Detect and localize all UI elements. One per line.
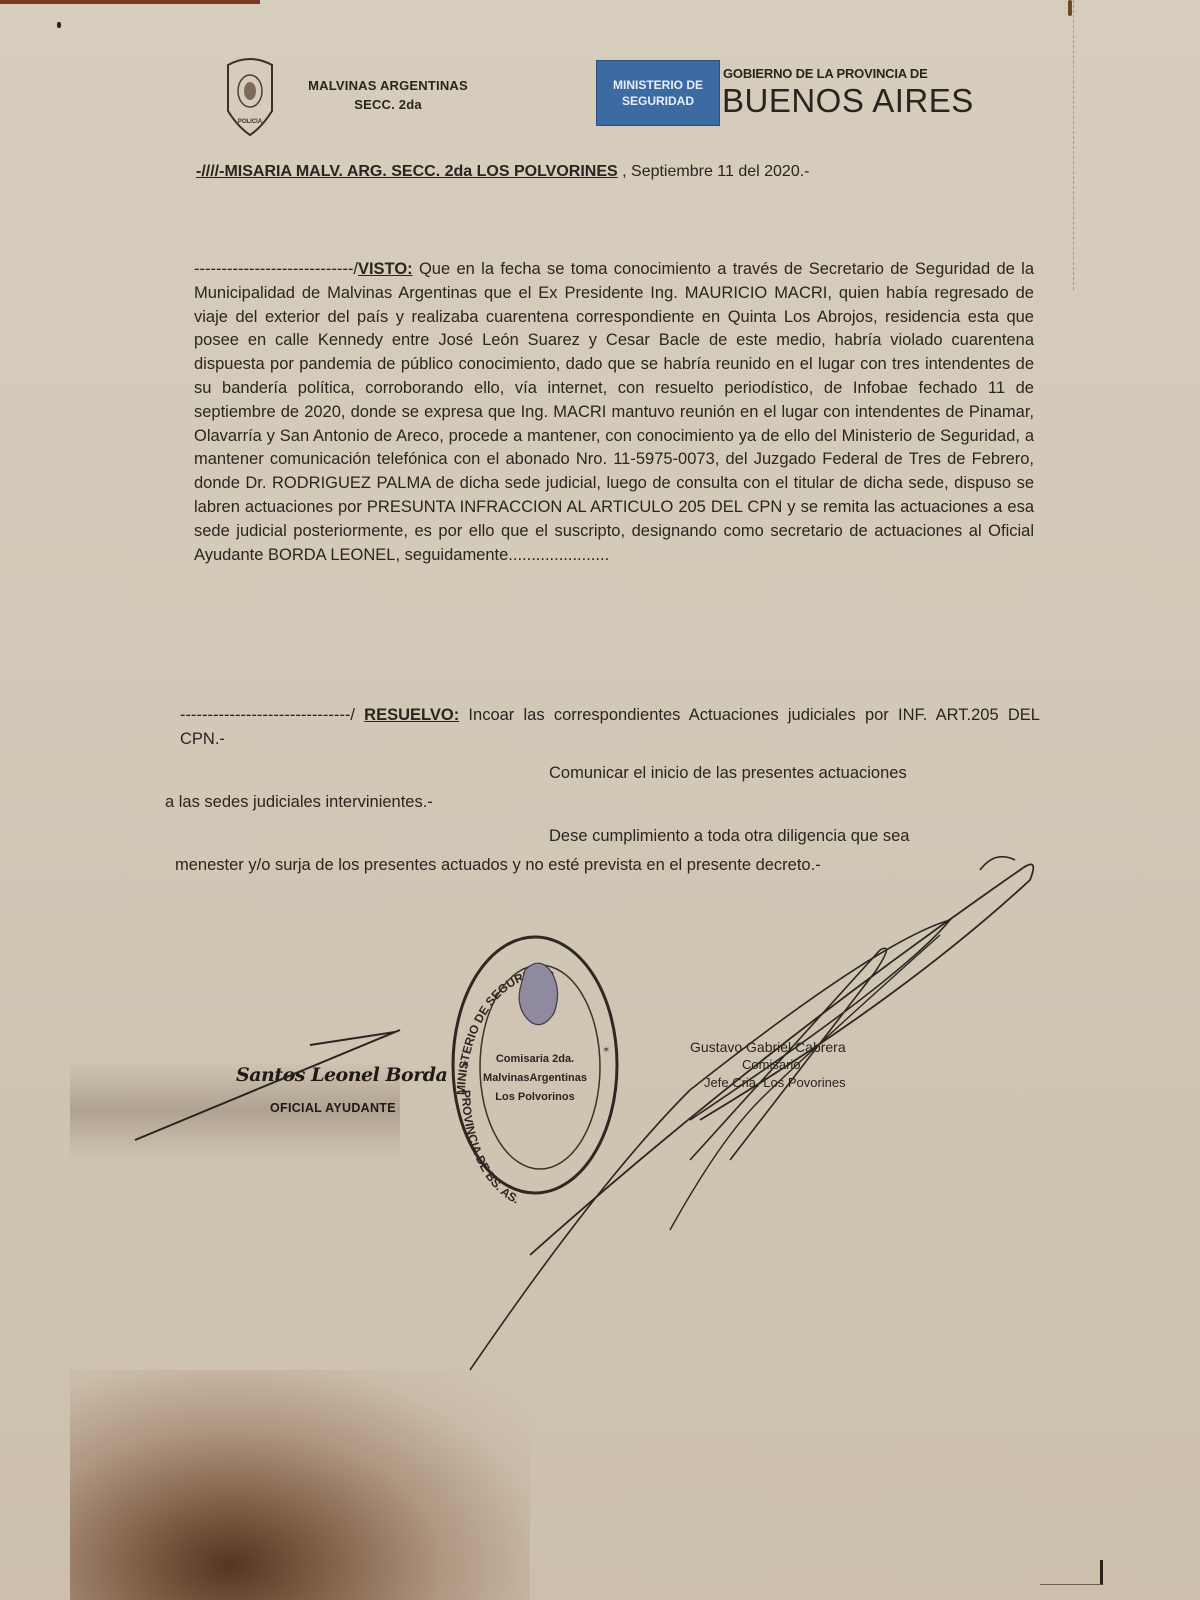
photo-shadow-stain <box>70 1370 530 1600</box>
visto-paragraph: -----------------------------/VISTO: Que… <box>194 258 1034 567</box>
resolution-item3-end: menester y/o surja de los presentes actu… <box>175 856 821 875</box>
ministry-line1: MINISTERIO DE <box>613 77 703 93</box>
resolution-item2-start: Comunicar el inicio de las presentes act… <box>549 764 907 783</box>
signer-rank: Comisario <box>690 1056 890 1074</box>
municipality-name: MALVINAS ARGENTINAS SECC. 2da <box>298 76 478 114</box>
document-page: POLICIA MALVINAS ARGENTINAS SECC. 2da MI… <box>0 0 1200 1600</box>
resuelvo-paragraph: -------------------------------/ RESUELV… <box>180 704 1040 752</box>
stamp-line1: Comisaria 2da. <box>470 1050 600 1069</box>
svg-text:✶: ✶ <box>602 1045 610 1056</box>
place-date-line: -////-MISARIA MALV. ARG. SECC. 2da LOS P… <box>196 163 810 181</box>
ministry-line2: SEGURIDAD <box>622 93 694 109</box>
stamp-line3: Los Polvorinos <box>470 1088 600 1107</box>
municipality-line1: MALVINAS ARGENTINAS <box>298 76 478 95</box>
shield-emblem-icon <box>519 963 557 1024</box>
stamp-line2: MalvinasArgentinas <box>470 1069 600 1088</box>
visto-dashes: -----------------------------/ <box>194 260 358 278</box>
resolution-item2-end: a las sedes judiciales intervinientes.- <box>165 793 433 812</box>
resuelvo-dashes: -------------------------------/ <box>180 706 364 724</box>
visto-label: VISTO: <box>358 260 413 278</box>
margin-tick <box>1068 0 1072 16</box>
svg-text:✶: ✶ <box>460 1057 470 1071</box>
resuelvo-label: RESUELVO: <box>364 706 459 724</box>
table-edge <box>0 0 260 4</box>
signer-role: Jefe Cria. Los Povorines <box>690 1074 890 1092</box>
corner-mark <box>1040 1560 1103 1585</box>
handwritten-signature-borda: Santos Leonel Borda <box>236 1064 447 1086</box>
signature-block-cabrera: Gustavo Gabriel Cabrera Comisario Jefe C… <box>690 1038 890 1092</box>
stamp-center-text: Comisaria 2da. MalvinasArgentinas Los Po… <box>470 1050 600 1107</box>
paper-speck <box>57 22 61 28</box>
visto-text: Que en la fecha se toma conocimiento a t… <box>194 260 1034 564</box>
signer-name: Gustavo Gabriel Cabrera <box>690 1038 890 1056</box>
date: Septiembre 11 del 2020.- <box>631 163 809 180</box>
government-caption: GOBIERNO DE LA PROVINCIA DE <box>723 66 928 81</box>
police-badge-icon: POLICIA <box>222 55 278 137</box>
ministry-logo: MINISTERIO DE SEGURIDAD <box>596 60 720 126</box>
fold-line <box>1073 0 1075 290</box>
signature-title-left: OFICIAL AYUDANTE <box>270 1101 396 1115</box>
svg-text:POLICIA: POLICIA <box>238 119 263 125</box>
separator: , <box>618 163 631 180</box>
municipality-line2: SECC. 2da <box>298 95 478 114</box>
resolution-item3-start: Dese cumplimiento a toda otra diligencia… <box>549 827 909 846</box>
government-title: BUENOS AIRES <box>722 82 974 120</box>
place-heading: -////-MISARIA MALV. ARG. SECC. 2da LOS P… <box>196 163 618 180</box>
